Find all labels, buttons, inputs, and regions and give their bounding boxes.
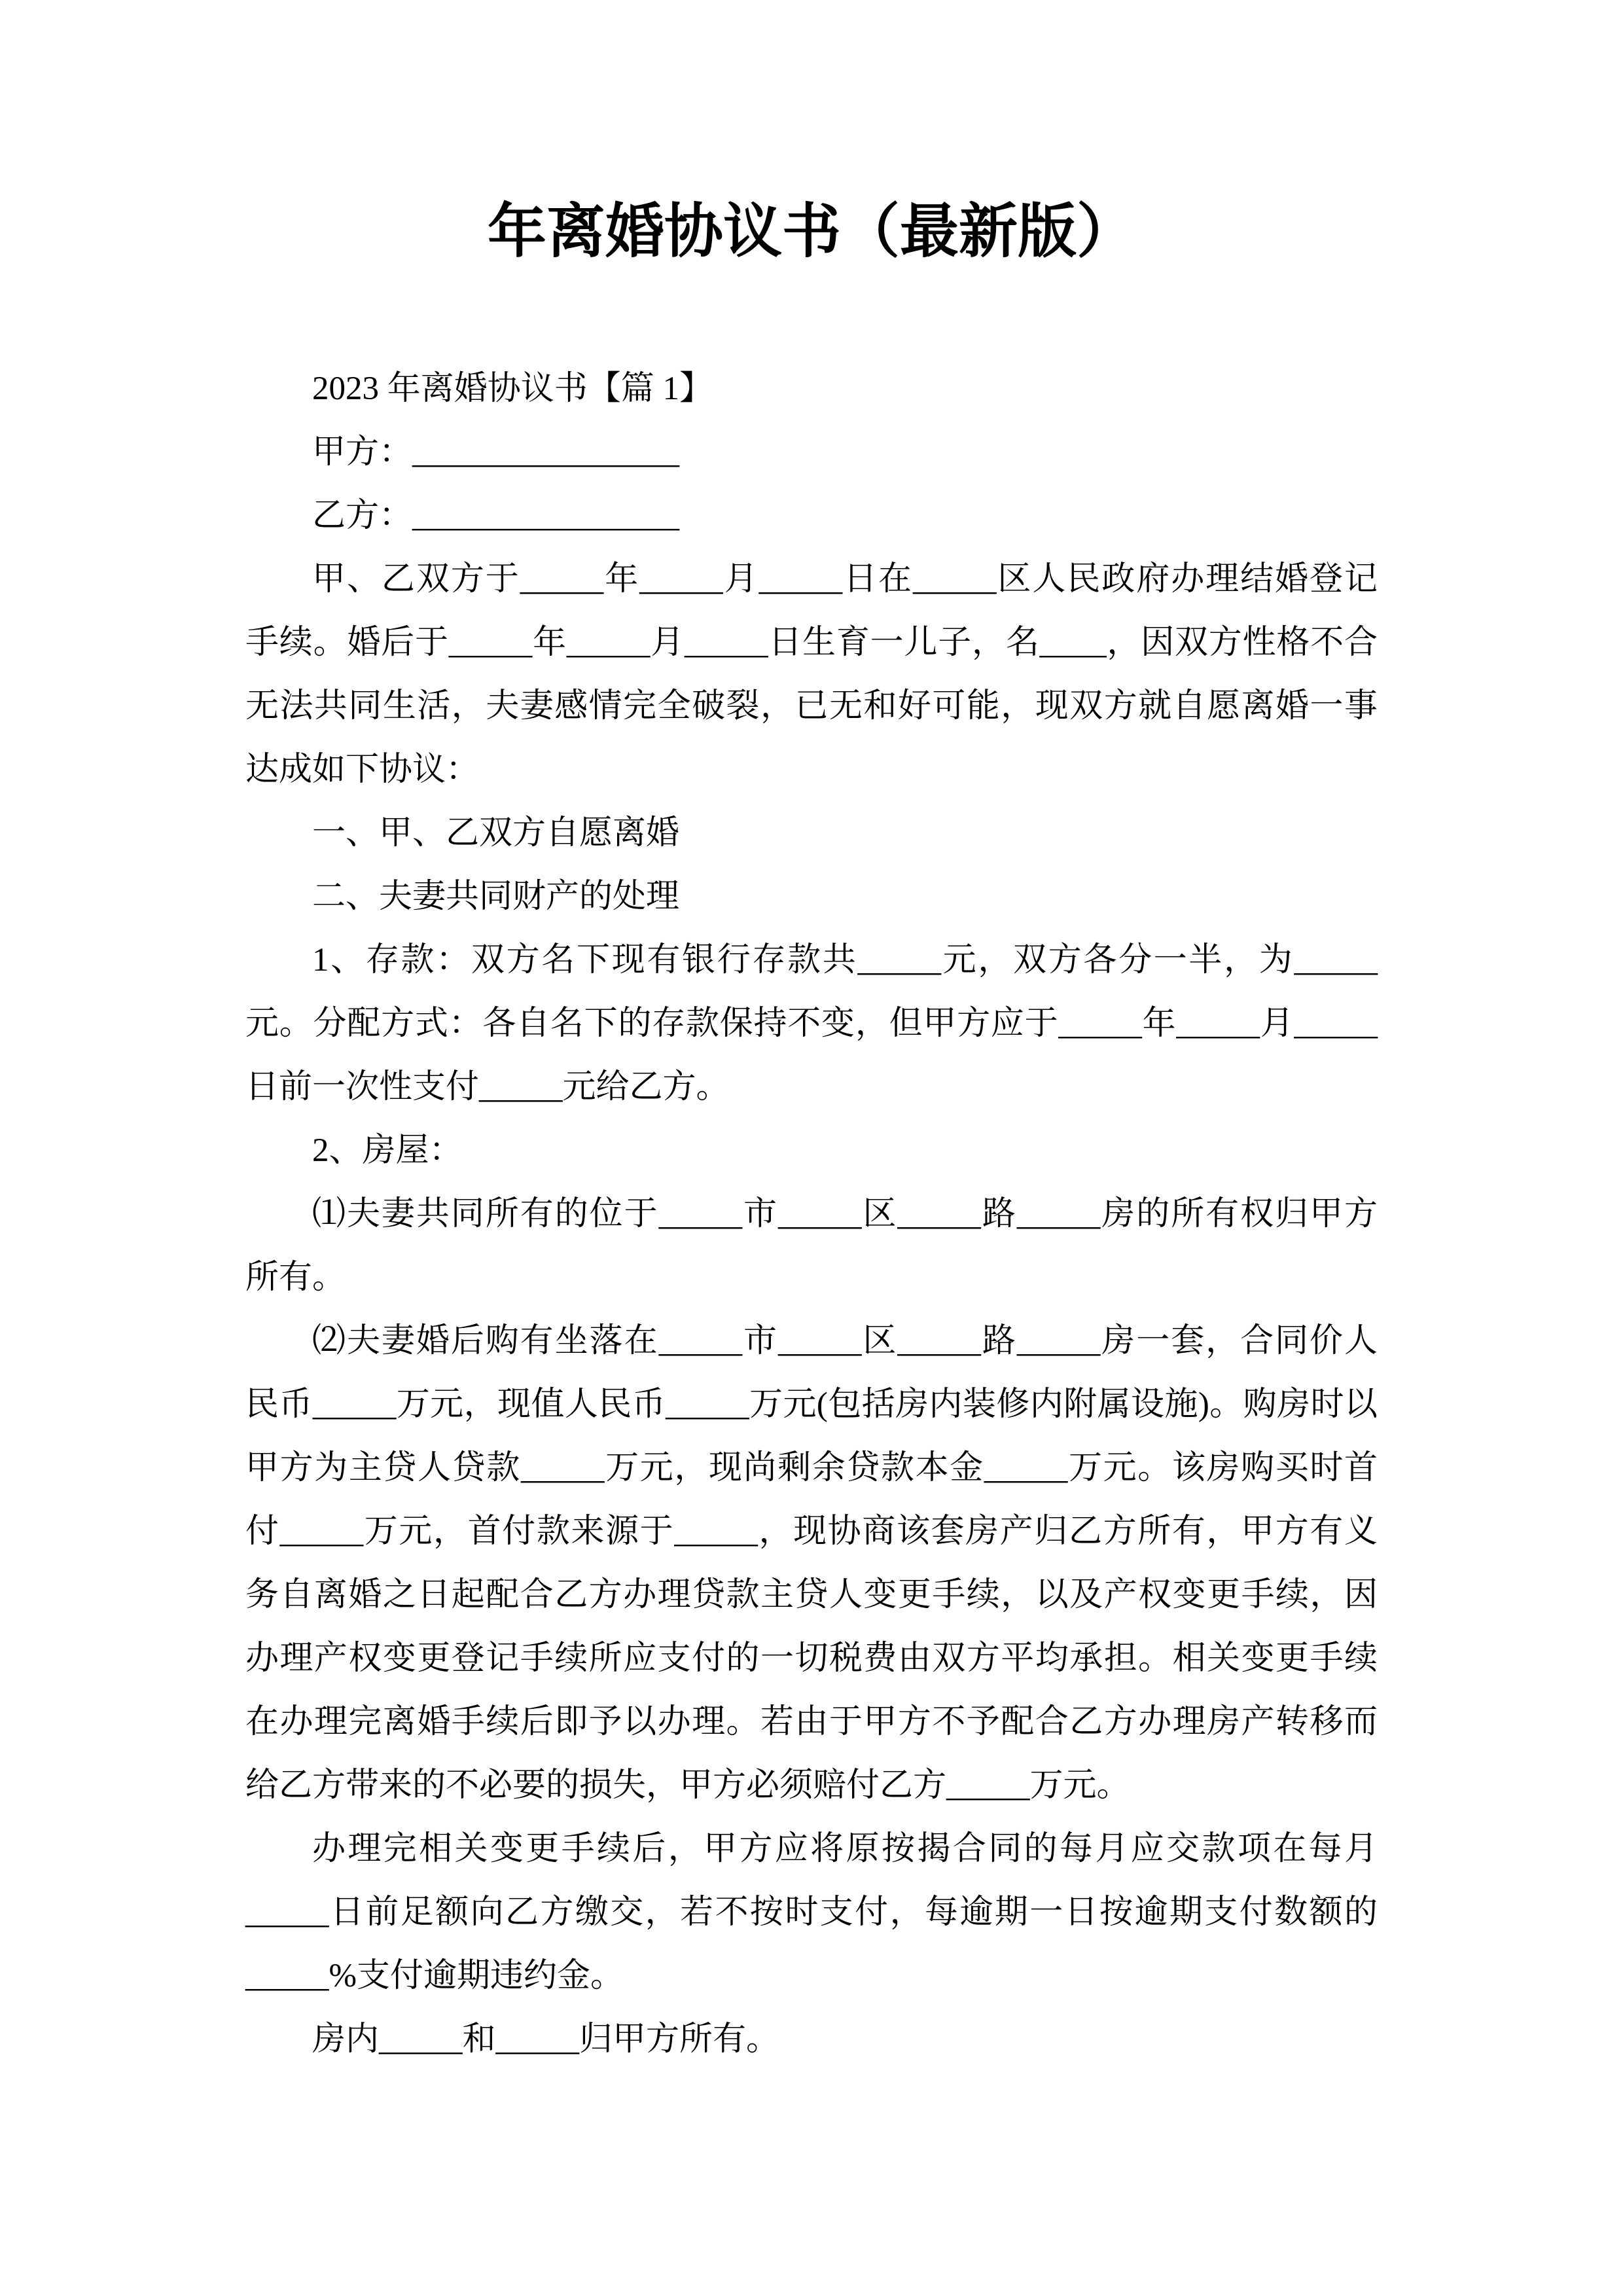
paragraph: 二、夫妻共同财产的处理 <box>245 865 1378 929</box>
paragraph: 办理完相关变更手续后，甲方应将原按揭合同的每月应交款项在每月_____日前足额向… <box>245 1818 1378 2008</box>
paragraph: 2、房屋： <box>245 1119 1378 1183</box>
paragraph: 2023 年离婚协议书【篇 1】 <box>245 357 1378 421</box>
paragraph: 甲方：________________ <box>245 421 1378 484</box>
paragraph: ⑵夫妻婚后购有坐落在_____市_____区_____路_____房一套，合同价… <box>245 1310 1378 1818</box>
paragraph: 一、甲、乙双方自愿离婚 <box>245 802 1378 865</box>
paragraph: ⑴夫妻共同所有的位于_____市_____区_____路_____房的所有权归甲… <box>245 1183 1378 1310</box>
paragraph: 1、存款：双方名下现有银行存款共_____元，双方各分一半，为_____元。分配… <box>245 929 1378 1119</box>
document-page: 年离婚协议书（最新版） 2023 年离婚协议书【篇 1】甲方：_________… <box>0 0 1623 2296</box>
document-body: 2023 年离婚协议书【篇 1】甲方：________________乙方：__… <box>245 357 1378 2072</box>
document-title: 年离婚协议书（最新版） <box>0 0 1623 270</box>
paragraph: 甲、乙双方于_____年_____月_____日在_____区人民政府办理结婚登… <box>245 548 1378 802</box>
paragraph: 乙方：________________ <box>245 484 1378 548</box>
paragraph: 房内_____和_____归甲方所有。 <box>245 2008 1378 2072</box>
